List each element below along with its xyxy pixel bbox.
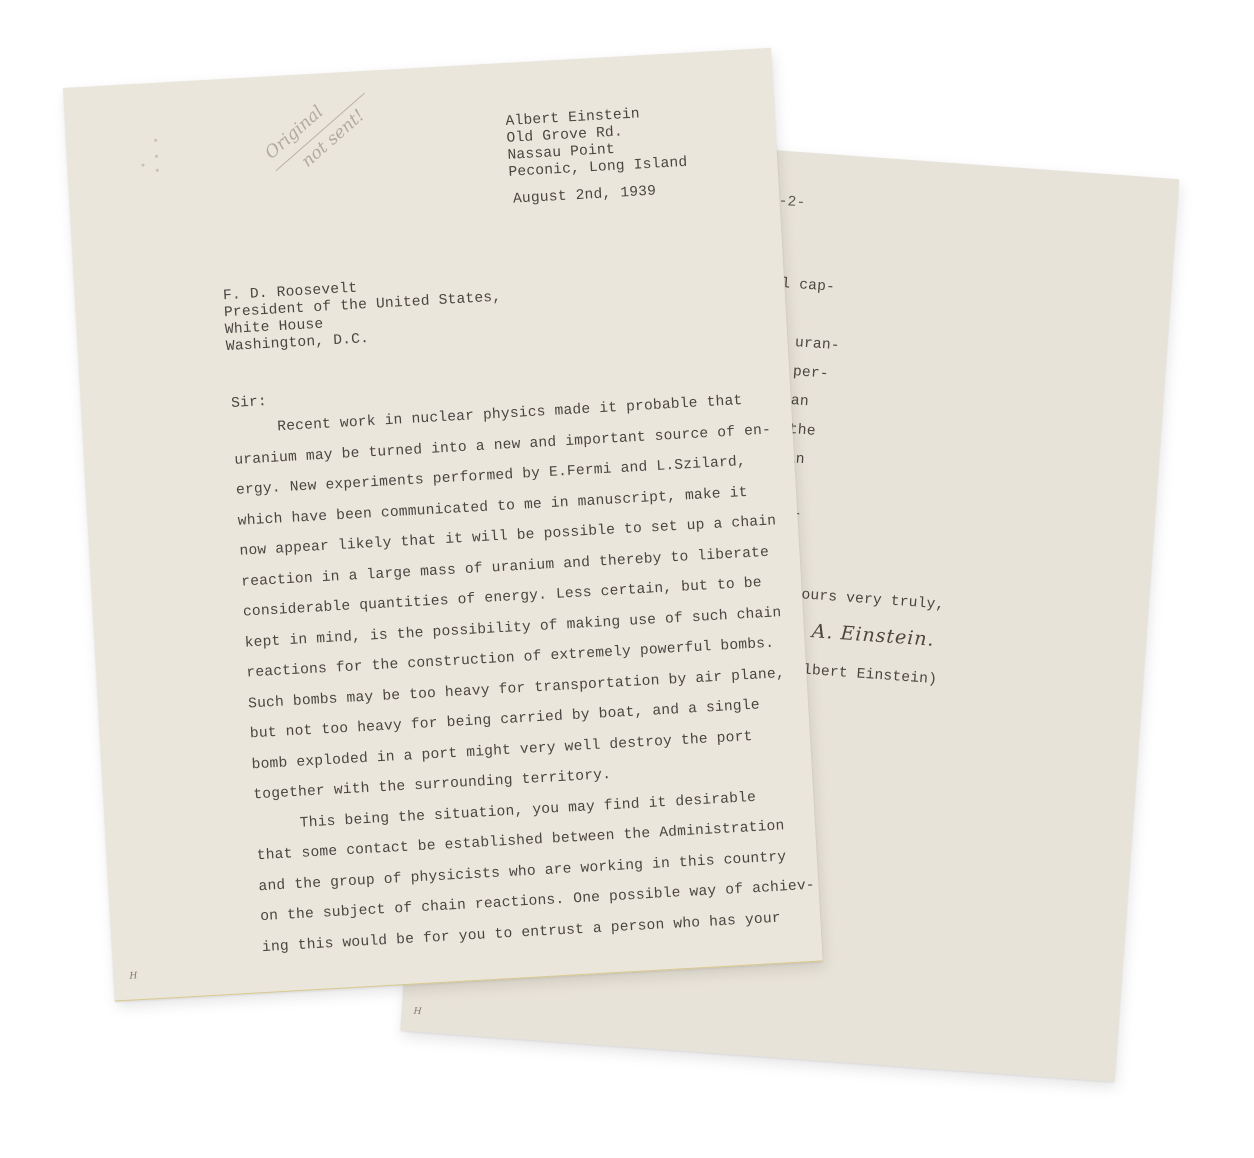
letter-date: August 2nd, 1939: [513, 185, 657, 208]
signature: A. Einstein.: [811, 620, 935, 651]
typed-name: (Albert Einstein): [785, 662, 938, 687]
page-number: -2-: [778, 195, 806, 211]
salutation: Sir:: [231, 395, 268, 412]
closing: Yours very truly,: [792, 588, 945, 613]
letter-page-1: Original not sent! Albert EinsteinOld Gr…: [63, 48, 823, 1002]
footer-mark: H: [129, 971, 137, 981]
body-line: together with the surrounding territory.: [253, 768, 612, 803]
footer-mark: H: [413, 1007, 422, 1018]
page-1-body: Recent work in nuclear physics made it p…: [232, 391, 791, 423]
